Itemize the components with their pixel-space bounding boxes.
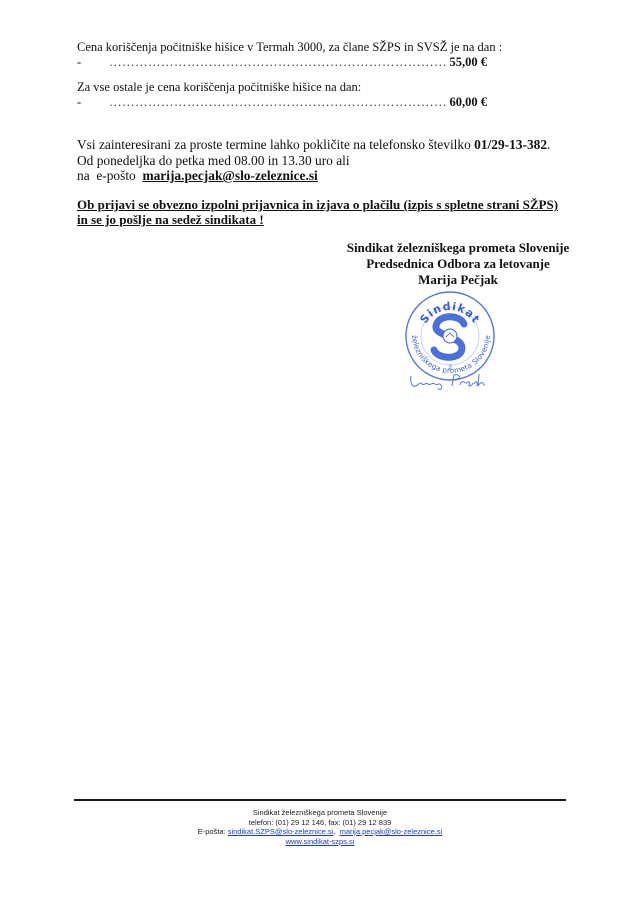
footer-website-link[interactable]: www.sindikat-szps.si [286, 837, 355, 846]
footer-org: Sindikat železniškega prometa Slovenije [0, 808, 640, 818]
svg-text:Sindikat: Sindikat [417, 300, 482, 326]
signature-role: Predsednica Odbora za letovanje [328, 256, 588, 272]
members-price: 55,00 € [448, 55, 488, 70]
signature-block: Sindikat železniškega prometa Slovenije … [328, 240, 588, 288]
contact-email-line: na e-pošto marija.pecjak@slo-zeleznice.s… [77, 168, 550, 184]
footer-divider [74, 799, 566, 801]
footer-email-link-1[interactable]: sindikat.SZPS@slo-zeleznice.si [228, 827, 334, 836]
dot-leader: …………………………………………………………………………………………………………… [109, 55, 448, 70]
signature-name: Marija Pečjak [328, 272, 588, 288]
others-price-label: Za vse ostale je cena koriščenja počitni… [77, 80, 361, 95]
application-notice: Ob prijavi se obvezno izpolni prijavnica… [77, 197, 569, 227]
handwritten-signature-icon [408, 370, 488, 392]
list-dash: - [77, 95, 109, 110]
signature-org: Sindikat železniškega prometa Slovenije [328, 240, 588, 256]
contact-hours-line: Od ponedeljka do petka med 08.00 in 13.3… [77, 153, 550, 169]
others-price: 60,00 € [448, 95, 488, 110]
footer-phone: telefon: (01) 29 12 146, fax: (01) 29 12… [0, 818, 640, 828]
list-dash: - [77, 55, 109, 70]
contact-block: Vsi zainteresirani za proste termine lah… [77, 137, 550, 184]
contact-phone-line: Vsi zainteresirani za proste termine lah… [77, 137, 550, 153]
phone-number: 01/29-13-382 [474, 137, 547, 152]
footer-email-line: E-pošta: sindikat.SZPS@slo-zeleznice.si,… [0, 827, 640, 837]
others-price-row: - ……………………………………………………………………………………………………… [77, 95, 487, 110]
contact-email-link[interactable]: marija.pecjak@slo-zeleznice.si [142, 168, 317, 183]
footer-email-link-2[interactable]: marija.pecjak@slo-zeleznice.si [340, 827, 443, 836]
dot-leader: …………………………………………………………………………………………………………… [109, 95, 448, 110]
members-price-row: - ……………………………………………………………………………………………………… [77, 55, 487, 70]
members-price-label: Cena koriščenja počitniške hišice v Term… [77, 40, 502, 55]
footer: Sindikat železniškega prometa Slovenije … [0, 808, 640, 846]
